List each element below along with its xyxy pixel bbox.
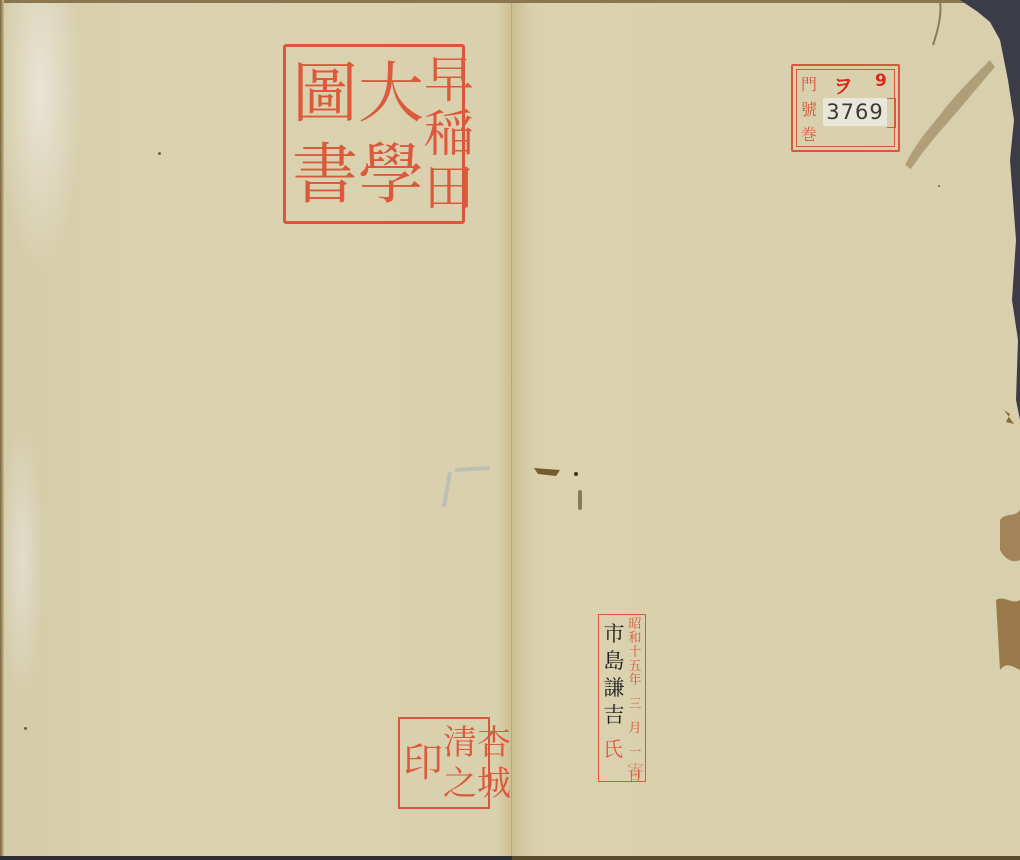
date-char: 五	[628, 660, 642, 674]
label-side-text: 門 號 巻	[798, 72, 820, 147]
donor-char: 吉	[602, 702, 626, 729]
seal-char: 早	[424, 55, 474, 105]
seal-char: 稲	[424, 109, 474, 159]
sub-number: 9	[875, 71, 887, 91]
label-char: 號	[798, 97, 820, 122]
fold-line	[511, 0, 512, 856]
date-char: 昭	[628, 618, 642, 632]
date-char: 月	[628, 722, 642, 736]
worm-damage-stain	[895, 55, 1005, 175]
seal-column: 大 學	[358, 53, 424, 215]
seal-column: 印	[403, 722, 443, 804]
seal-char: 田	[424, 163, 474, 213]
donor-name: 市 島 謙 吉	[602, 621, 626, 729]
speck	[938, 185, 940, 187]
donor-char: 謙	[602, 675, 626, 702]
call-number-label: 門 號 巻 ヲ 9 3769	[791, 64, 900, 152]
donor-char: 島	[602, 648, 626, 675]
class-kana: ヲ	[833, 70, 853, 99]
speck	[158, 152, 161, 155]
seal-char: 城	[477, 767, 511, 801]
seal-char: 之	[443, 767, 477, 801]
donation-mark: 寄	[627, 757, 644, 782]
seal-char: 清	[443, 726, 477, 760]
seal-char: 印	[403, 743, 443, 783]
seal-char: 學	[358, 142, 424, 208]
library-ownership-seal: 早 稲 田 大 學 圖 書	[283, 44, 465, 224]
book-scan: 早 稲 田 大 學 圖 書 杏 城 清 之 印 門 號 巻	[0, 0, 1020, 860]
date-char: 和	[628, 632, 642, 646]
seal-char: 大	[358, 61, 424, 127]
crease-line	[930, 0, 950, 50]
seal-column: 杏 城	[477, 722, 511, 804]
seal-char: 圖	[292, 61, 358, 127]
call-number: 3769	[823, 98, 887, 126]
date-char: 十	[628, 646, 642, 660]
seal-char: 杏	[477, 726, 511, 760]
donation-stamp: 昭 和 十 五 年 三 月 一 日 市 島 謙 吉 氏 寄	[598, 614, 646, 782]
date-char: 年	[628, 674, 642, 688]
edge-damage	[990, 400, 1020, 680]
label-char: 門	[798, 72, 820, 97]
collector-seal: 杏 城 清 之 印	[398, 717, 490, 809]
bottom-edge	[0, 856, 1020, 860]
date-char: 三	[628, 698, 642, 712]
left-edge	[0, 0, 4, 856]
seal-column: 清 之	[443, 722, 477, 804]
label-char: 巻	[798, 122, 820, 147]
top-edge	[0, 0, 1020, 3]
donor-char: 市	[602, 621, 626, 648]
seal-column: 圖 書	[292, 53, 358, 215]
seal-char: 書	[292, 142, 358, 208]
speck	[24, 727, 27, 730]
seal-column: 早 稲 田	[424, 53, 474, 215]
center-stains	[430, 462, 590, 522]
label-box	[887, 98, 896, 128]
honorific-suffix: 氏	[603, 733, 623, 762]
